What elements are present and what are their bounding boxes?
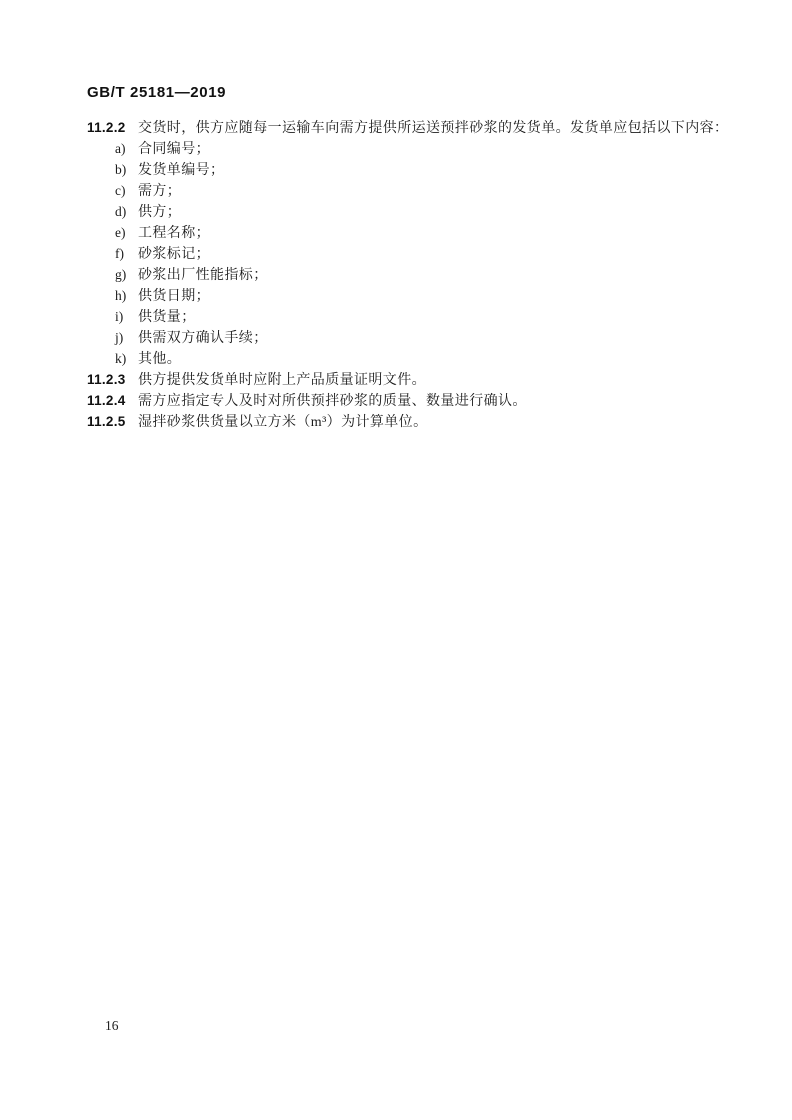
list-item-h: h) 供货日期； (87, 285, 717, 306)
list-item-a: a) 合同编号； (87, 138, 717, 159)
list-item-text: 合同编号； (138, 139, 210, 160)
list-item-g: g) 砂浆出厂性能指标； (87, 264, 717, 285)
list-item-d: d) 供方； (87, 201, 717, 222)
list-item-letter: j) (115, 327, 138, 348)
list-item-letter: f) (115, 243, 138, 264)
list-item-letter: a) (115, 138, 138, 159)
clause-number: 11.2.3 (87, 369, 138, 390)
clause-number: 11.2.4 (87, 390, 138, 411)
list-item-text: 供货日期； (138, 286, 210, 307)
list-item-f: f) 砂浆标记； (87, 243, 717, 264)
list-item-letter: b) (115, 159, 138, 180)
list-item-i: i) 供货量； (87, 306, 717, 327)
list-item-text: 供方； (138, 202, 181, 223)
list-item-text: 砂浆出厂性能指标； (138, 265, 268, 286)
clause-11-2-2: 11.2.2 交货时，供方应随每一运输车向需方提供所运送预拌砂浆的发货单。发货单… (87, 117, 717, 138)
list-item-b: b) 发货单编号； (87, 159, 717, 180)
clause-number: 11.2.2 (87, 117, 138, 138)
list-item-letter: c) (115, 180, 138, 201)
list-item-c: c) 需方； (87, 180, 717, 201)
list-item-k: k) 其他。 (87, 348, 717, 369)
list-item-letter: e) (115, 222, 138, 243)
list-item-letter: k) (115, 348, 138, 369)
list-item-letter: d) (115, 201, 138, 222)
clause-text: 供方提供发货单时应附上产品质量证明文件。 (138, 370, 426, 391)
list-item-text: 砂浆标记； (138, 244, 210, 265)
page-number: 16 (105, 1018, 119, 1034)
list-item-text: 发货单编号； (138, 160, 224, 181)
list-item-j: j) 供需双方确认手续； (87, 327, 717, 348)
list-item-e: e) 工程名称； (87, 222, 717, 243)
clause-text: 交货时，供方应随每一运输车向需方提供所运送预拌砂浆的发货单。发货单应包括以下内容… (138, 118, 728, 139)
list-item-text: 供货量； (138, 307, 196, 328)
list-item-letter: g) (115, 264, 138, 285)
list-item-text: 供需双方确认手续； (138, 328, 268, 349)
list-item-text: 其他。 (138, 349, 181, 370)
document-page: GB/T 25181—2019 11.2.2 交货时，供方应随每一运输车向需方提… (0, 0, 792, 1120)
clause-11-2-5: 11.2.5 湿拌砂浆供货量以立方米（m³）为计算单位。 (87, 411, 717, 432)
clause-text: 湿拌砂浆供货量以立方米（m³）为计算单位。 (138, 412, 428, 433)
list-item-text: 工程名称； (138, 223, 210, 244)
page-body: 11.2.2 交货时，供方应随每一运输车向需方提供所运送预拌砂浆的发货单。发货单… (87, 117, 717, 432)
list-item-letter: h) (115, 285, 138, 306)
list-item-letter: i) (115, 306, 138, 327)
standard-code-header: GB/T 25181—2019 (87, 84, 226, 101)
clause-11-2-4: 11.2.4 需方应指定专人及时对所供预拌砂浆的质量、数量进行确认。 (87, 390, 717, 411)
clause-text: 需方应指定专人及时对所供预拌砂浆的质量、数量进行确认。 (138, 391, 527, 412)
clause-number: 11.2.5 (87, 411, 138, 432)
list-item-text: 需方； (138, 181, 181, 202)
clause-11-2-3: 11.2.3 供方提供发货单时应附上产品质量证明文件。 (87, 369, 717, 390)
